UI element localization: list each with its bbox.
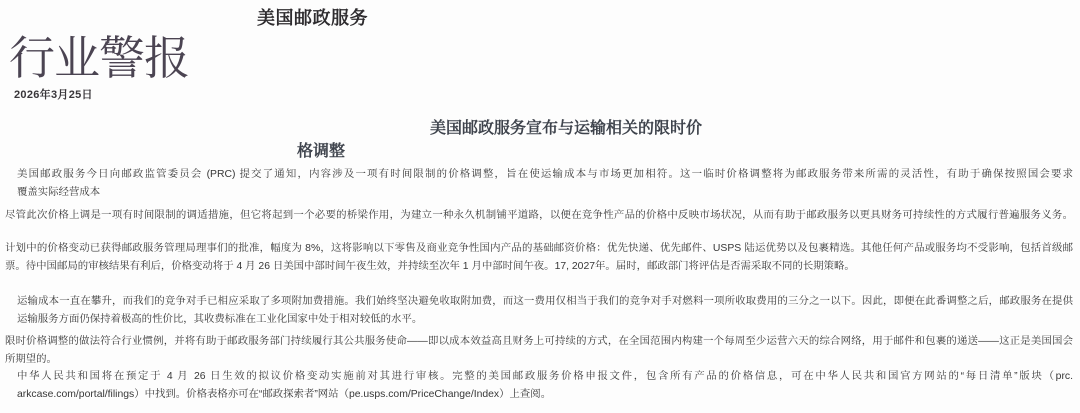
paragraph-line: 计划中的价格变动已获得邮政服务管理局理事们的批准，幅度为 8%，这将影响以下零售… [5, 240, 1073, 258]
paragraph-line: 美国邮政服务今日向邮政监管委员会 (PRC) 提交了通知，内容涉及一项有时间限制… [17, 166, 1073, 184]
paragraph-line: 限时价格调整的做法符合行业惯例，并将有助于邮政服务部门持续履行其公共服务使命——… [5, 333, 1073, 351]
paragraph: 中华人民共和国将在预定于 4 月 26 日生效的拟议价格变动实施前对其进行审核。… [5, 368, 1073, 404]
paragraph-line: 覆盖实际经营成本 [17, 184, 1073, 202]
paragraph: 运输成本一直在攀升，而我们的竞争对手已相应采取了多项附加费措施。我们始终坚决避免… [5, 293, 1073, 329]
paragraph: 尽管此次价格上调是一项有时间限制的调适措施，但它将起到一个必要的桥梁作用，为建立… [5, 207, 1073, 225]
paragraph-line: 所期望的。 [5, 351, 1073, 369]
article-body: 美国邮政服务今日向邮政监管委员会 (PRC) 提交了通知，内容涉及一项有时间限制… [5, 0, 1073, 413]
paragraph-line: 运输服务方面仍保持着极高的性价比，其收费标准在工业化国家中处于相对较低的水平。 [17, 311, 1073, 329]
paragraph: 计划中的价格变动已获得邮政服务管理局理事们的批准，幅度为 8%，这将影响以下零售… [5, 240, 1073, 276]
paragraph: 限时价格调整的做法符合行业惯例，并将有助于邮政服务部门持续履行其公共服务使命——… [5, 333, 1073, 369]
paragraph-line: 中华人民共和国将在预定于 4 月 26 日生效的拟议价格变动实施前对其进行审核。… [17, 368, 1073, 386]
paragraph-line: arkcase.com/portal/filings）中找到。价格表格亦可在“邮… [17, 386, 1073, 404]
industry-alert-document: 美国邮政服务 行业警报 2026年3月25日 美国邮政服务宣布与运输相关的限时价… [0, 0, 1080, 413]
paragraph-line: 运输成本一直在攀升，而我们的竞争对手已相应采取了多项附加费措施。我们始终坚决避免… [17, 293, 1073, 311]
paragraph-line: 尽管此次价格上调是一项有时间限制的调适措施，但它将起到一个必要的桥梁作用，为建立… [5, 207, 1073, 225]
paragraph: 美国邮政服务今日向邮政监管委员会 (PRC) 提交了通知，内容涉及一项有时间限制… [5, 166, 1073, 202]
paragraph-line: 票。待中国邮局的审核结果有利后，价格变动将于 4 月 26 日美国中部时间午夜生… [5, 258, 1073, 276]
